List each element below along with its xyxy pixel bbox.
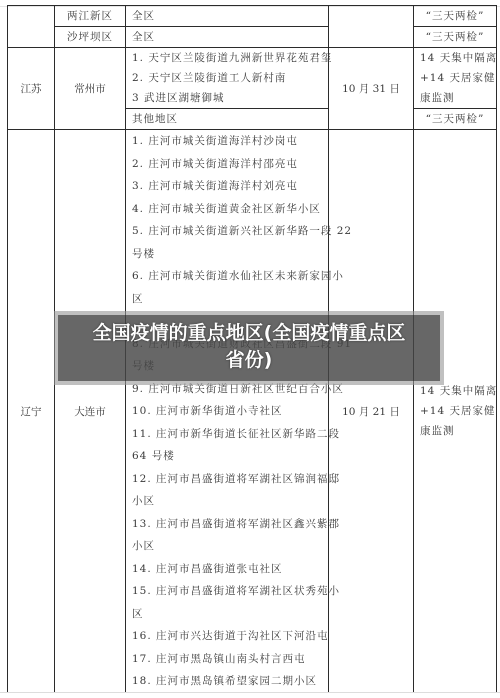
area-line: 15. 庄河市昌盛街道将军湖社区状秀苑小 — [132, 580, 322, 603]
area-line: 6. 庄河市城关街道水仙社区未来新家园小 — [132, 265, 322, 288]
area-line: 小区 — [132, 535, 322, 558]
overlay-title: 全国疫情的重点地区(全国疫情重点区 省份) — [58, 315, 440, 374]
area-line: 18. 庄河市黑岛镇希望家园二期小区 — [132, 670, 322, 693]
province-cell: 辽宁 — [8, 130, 55, 694]
area-cell: 其他地区 — [126, 109, 329, 130]
table-row-liaoning: 辽宁 大连市 1. 庄河市城关街道海洋村沙岗屯 2. 庄河市城关街道海洋村邵亮屯… — [8, 130, 497, 694]
date-cell: 10 月 21 日 — [329, 130, 414, 694]
page-bottom-edge — [0, 692, 500, 698]
area-cell: 全区 — [126, 27, 329, 48]
province-label: 辽宁 — [21, 406, 42, 418]
area-line: 5. 庄河市城关街道新兴社区新华路一段 22 — [132, 220, 322, 243]
city-label: 常州市 — [74, 83, 106, 95]
area-label: 其他地区 — [132, 109, 322, 129]
area-line: 14. 庄河市昌盛街道张屯社区 — [132, 558, 322, 581]
area-line: 小区 — [132, 490, 322, 513]
area-line: 3. 庄河市城关街道海洋村刘亮屯 — [132, 175, 322, 198]
province-cell-blank — [8, 6, 55, 48]
measure-cell: “三天两检” — [414, 6, 497, 27]
area-line: 13. 庄河市昌盛街道将军湖社区鑫兴紫郡 — [132, 513, 322, 536]
area-label: 全区 — [132, 27, 322, 47]
date-cell-blank — [329, 6, 414, 48]
area-line: 17. 庄河市黑岛镇山南头村言西屯 — [132, 648, 322, 671]
measure-cell: 14 天集中隔离 +14 天居家健 康监测 — [414, 130, 497, 694]
area-line: 2. 天宁区兰陵街道工人新村南 — [132, 68, 322, 88]
measure-label: “三天两检” — [420, 27, 490, 47]
area-line: 1. 庄河市城关街道海洋村沙岗屯 — [132, 130, 322, 153]
city-cell: 常州市 — [55, 48, 126, 130]
measure-cell: “三天两检” — [414, 27, 497, 48]
area-line: 区 — [132, 603, 322, 626]
city-cell: 大连市 — [55, 130, 126, 694]
area-line: 2. 庄河市城关街道海洋村邵亮屯 — [132, 153, 322, 176]
city-label: 沙坪坝区 — [61, 27, 119, 47]
date-label: 10 月 31 日 — [342, 83, 400, 95]
area-line: 4. 庄河市城关街道黄金社区新华小区 — [132, 198, 322, 221]
area-line: 区 — [132, 288, 322, 311]
area-cell: 1. 天宁区兰陵街道九洲新世界花苑君玺 2. 天宁区兰陵街道工人新村南 3 武进… — [126, 48, 329, 109]
city-cell: 两江新区 — [55, 6, 126, 27]
measure-line: +14 天居家健 — [420, 68, 490, 88]
city-label: 大连市 — [74, 406, 106, 418]
table-row: 两江新区 全区 “三天两检” — [8, 6, 497, 27]
city-label: 两江新区 — [61, 6, 119, 26]
area-line: 3 武进区湖塘御城 — [132, 88, 322, 108]
measure-label: “三天两检” — [420, 6, 490, 26]
area-line: 1. 天宁区兰陵街道九洲新世界花苑君玺 — [132, 48, 322, 68]
document-page: 两江新区 全区 “三天两检” 沙坪坝区 全区 “三天两检” 江苏 常州市 1. … — [0, 0, 500, 698]
area-line: 11. 庄河市新华街道长征社区新华路二段 — [132, 423, 322, 446]
area-line: 64 号楼 — [132, 445, 322, 468]
measure-line: +14 天居家健 — [420, 401, 490, 421]
area-label: 全区 — [132, 6, 322, 26]
area-cell: 全区 — [126, 6, 329, 27]
table-row-jiangsu: 江苏 常州市 1. 天宁区兰陵街道九洲新世界花苑君玺 2. 天宁区兰陵街道工人新… — [8, 48, 497, 109]
date-label: 10 月 21 日 — [342, 406, 400, 418]
overlay-title-line-1: 全国疫情的重点地区(全国疫情重点区 — [58, 320, 440, 347]
measure-line: 康监测 — [420, 88, 490, 108]
overlay-title-line-2: 省份) — [58, 347, 440, 374]
measure-line: 14 天集中隔离 — [420, 381, 490, 401]
city-cell: 沙坪坝区 — [55, 27, 126, 48]
province-cell: 江苏 — [8, 48, 55, 130]
measure-cell: “三天两检” — [414, 109, 497, 130]
area-line: 号楼 — [132, 243, 322, 266]
area-line: 16. 庄河市兴达街道于沟社区下河沿屯 — [132, 625, 322, 648]
title-overlay-banner: 全国疫情的重点地区(全国疫情重点区 省份) — [58, 315, 440, 381]
measure-line: 14 天集中隔离 — [420, 48, 490, 68]
measure-cell: 14 天集中隔离 +14 天居家健 康监测 — [414, 48, 497, 109]
table-row: 沙坪坝区 全区 “三天两检” — [8, 27, 497, 48]
measure-line: 康监测 — [420, 421, 490, 441]
area-cell: 1. 庄河市城关街道海洋村沙岗屯 2. 庄河市城关街道海洋村邵亮屯 3. 庄河市… — [126, 130, 329, 694]
date-cell: 10 月 31 日 — [329, 48, 414, 130]
area-line: 10. 庄河市新华街道小寺社区 — [132, 400, 322, 423]
province-label: 江苏 — [21, 83, 42, 95]
area-line: 12. 庄河市昌盛街道将军湖社区锦润福邸 — [132, 468, 322, 491]
measure-label: “三天两检” — [420, 109, 490, 129]
